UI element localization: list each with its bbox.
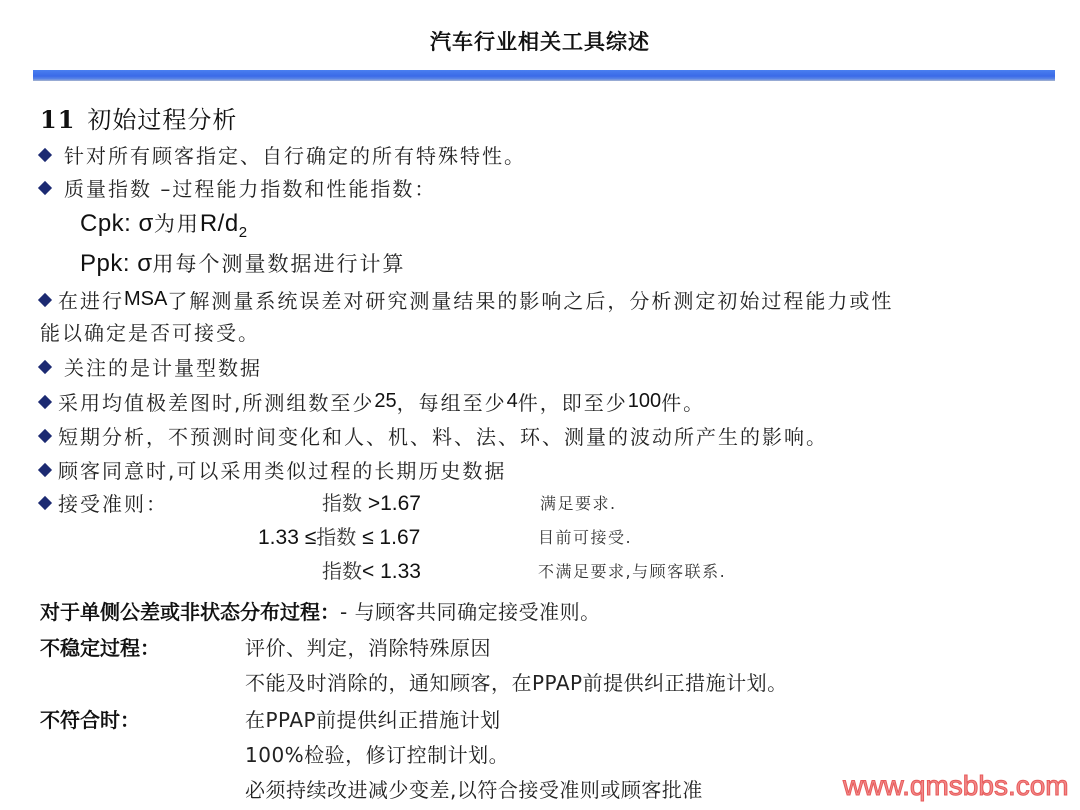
cpk-label: Cpk: — [80, 210, 131, 237]
criteria-index-word: 指数 — [322, 491, 362, 515]
document-header-title: 汽车行业相关工具综述 — [0, 26, 1080, 56]
bullet-text: 件。 — [661, 387, 705, 416]
criteria-result-row-3: 不满足要求,与顾客联系. — [538, 559, 726, 582]
sigma-symbol: σ — [139, 210, 154, 237]
bullet-text: 短期分析，不预测时间变化和人、机、料、法、环、测量的波动所产生的影响。 — [58, 421, 828, 450]
criteria-threshold: >1.67 — [362, 492, 421, 515]
bullet-text: 采用均值极差图时,所测组数至少 — [58, 387, 374, 416]
diamond-bullet-icon — [38, 428, 52, 442]
cpk-subscript: 2 — [239, 224, 248, 241]
website-watermark: www.qmsbbs.com — [843, 770, 1069, 802]
bullet-text: 质量指数 –过程能力指数和性能指数： — [64, 173, 436, 202]
criteria-index-row-2: 1.33 ≤指数 ≤ 1.67 — [258, 521, 420, 550]
criteria-index-word: 指数 — [322, 559, 362, 583]
criteria-result-row-1: 满足要求. — [540, 491, 617, 514]
bullet-history-data: 顾客同意时,可以采用类似过程的长期历史数据 — [40, 455, 506, 484]
note-one-sided-tolerance: 对于单侧公差或非状态分布过程：- 与顾客共同确定接受准则。 — [40, 596, 601, 625]
bullet-text: 顾客同意时,可以采用类似过程的长期历史数据 — [58, 455, 506, 484]
bullet-text: 针对所有顾客指定、自行确定的所有特殊特性。 — [64, 140, 526, 169]
bullet-quality-index: 质量指数 –过程能力指数和性能指数： — [40, 173, 436, 202]
msa-acronym: MSA — [124, 288, 167, 311]
diamond-bullet-icon — [38, 180, 52, 194]
diamond-bullet-icon — [38, 394, 52, 408]
section-title-text: 初始过程分析 — [87, 106, 237, 134]
bullet-text: 了解测量系统误差对研究测量结果的影响之后，分析测定初始过程能力或性 — [167, 285, 893, 314]
nonconforming-label: 不符合时： — [40, 704, 140, 733]
bullet-variable-data: 关注的是计量型数据 — [40, 352, 262, 381]
bullet-text: 件，即至少 — [518, 387, 628, 416]
one-sided-text: - 与顾客共同确定接受准则。 — [340, 600, 601, 624]
criteria-prefix: 1.33 ≤ — [258, 526, 316, 549]
bullet-short-term: 短期分析，不预测时间变化和人、机、料、法、环、测量的波动所产生的影响。 — [40, 421, 828, 450]
header-divider-bar — [33, 70, 1055, 81]
criteria-index-word: 指数 — [316, 525, 356, 549]
bullet-msa: 在进行MSA了解测量系统误差对研究测量结果的影响之后，分析测定初始过程能力或性 — [40, 285, 893, 314]
ppk-label: Ppk: — [80, 250, 130, 277]
ppk-formula: Ppk: σ用每个测量数据进行计算 — [80, 248, 406, 278]
diamond-bullet-icon — [38, 147, 52, 161]
bullet-text: ，每组至少 — [397, 387, 507, 416]
nonconforming-line-1: 在PPAP前提供纠正措施计划 — [245, 704, 501, 733]
diamond-bullet-icon — [38, 359, 52, 373]
subgroup-size: 4 — [507, 390, 518, 413]
bullet-xbar-r-chart: 采用均值极差图时,所测组数至少25，每组至少4件，即至少100件。 — [40, 387, 705, 416]
bullet-text: 关注的是计量型数据 — [64, 352, 262, 381]
bullet-special-characteristics: 针对所有顾客指定、自行确定的所有特殊特性。 — [40, 140, 526, 169]
unstable-process-line-1: 评价、判定，消除特殊原因 — [245, 632, 491, 661]
criteria-threshold: < 1.33 — [362, 560, 421, 583]
unstable-process-label: 不稳定过程： — [40, 632, 160, 661]
criteria-result-row-2: 目前可接受. — [538, 525, 632, 548]
nonconforming-line-3: 必须持续改进减少变差,以符合接受准则或顾客批准 — [245, 774, 703, 803]
bullet-msa-continued: 能以确定是否可接受。 — [40, 317, 260, 346]
unstable-process-line-2: 不能及时消除的，通知顾客，在PPAP前提供纠正措施计划。 — [245, 667, 788, 696]
criteria-label: 接受准则： — [58, 488, 168, 517]
nonconforming-line-2: 100%检验，修订控制计划。 — [245, 739, 509, 768]
bullet-text: 能以确定是否可接受。 — [40, 317, 260, 346]
ppk-desc: 用每个测量数据进行计算 — [153, 252, 406, 276]
subgroup-count: 25 — [374, 390, 396, 413]
criteria-threshold: ≤ 1.67 — [356, 526, 420, 549]
criteria-index-row-1: 指数 >1.67 — [322, 487, 421, 516]
sigma-symbol: σ — [137, 250, 152, 277]
bullet-acceptance-criteria: 接受准则： — [40, 488, 168, 517]
criteria-index-row-3: 指数< 1.33 — [322, 555, 421, 584]
total-pieces: 100 — [628, 390, 661, 413]
one-sided-label: 对于单侧公差或非状态分布过程： — [40, 600, 340, 624]
cpk-desc: 为用 — [154, 212, 200, 236]
bullet-text: 在进行 — [58, 285, 124, 314]
diamond-bullet-icon — [38, 462, 52, 476]
section-title: 11初始过程分析 — [40, 100, 237, 135]
cpk-expression: R/d — [200, 210, 239, 237]
cpk-formula: Cpk: σ为用R/d2 — [80, 208, 248, 241]
diamond-bullet-icon — [38, 495, 52, 509]
diamond-bullet-icon — [38, 292, 52, 306]
section-number: 11 — [40, 105, 75, 134]
